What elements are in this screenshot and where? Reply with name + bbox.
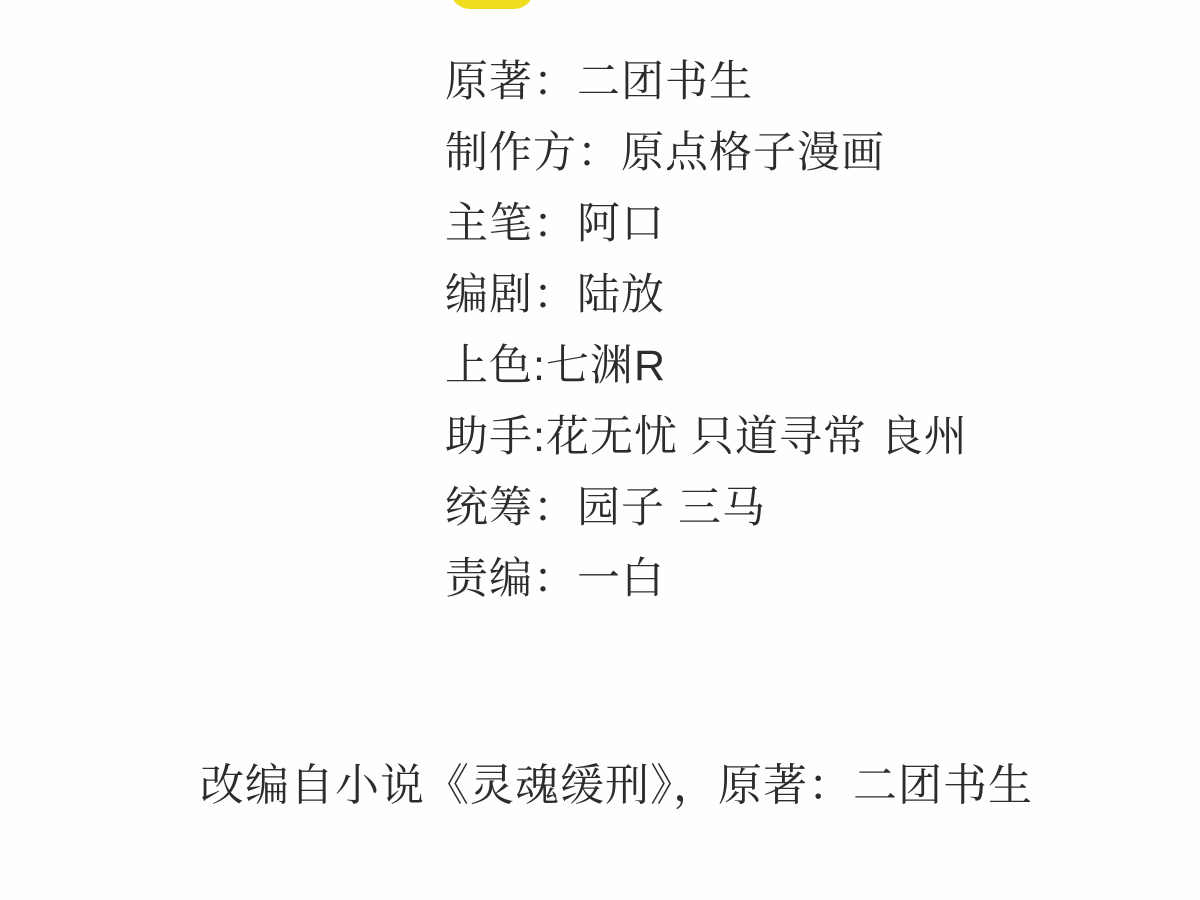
credit-line-editor: 责编：一白 xyxy=(445,544,968,615)
comic-credits-page: 原著：二团书生 制作方：原点格子漫画 主笔：阿口 编剧：陆放 上色:七渊R 助手… xyxy=(0,0,1200,900)
adaptation-note: 改编自小说《灵魂缓刑》，原著：二团书生 xyxy=(200,758,1033,814)
credit-line-colorist: 上色:七渊R xyxy=(445,331,968,402)
yellow-badge xyxy=(450,0,534,9)
credit-line-assistants: 助手:花无忧 只道寻常 良州 xyxy=(445,402,968,473)
credits-block: 原著：二团书生 制作方：原点格子漫画 主笔：阿口 编剧：陆放 上色:七渊R 助手… xyxy=(445,47,968,615)
credit-line-coordinators: 统筹：园子 三马 xyxy=(445,473,968,544)
credit-line-lead-artist: 主笔：阿口 xyxy=(445,189,968,260)
credit-line-screenwriter: 编剧：陆放 xyxy=(445,260,968,331)
credit-line-original-author: 原著：二团书生 xyxy=(445,47,968,118)
credit-line-production-studio: 制作方：原点格子漫画 xyxy=(445,118,968,189)
